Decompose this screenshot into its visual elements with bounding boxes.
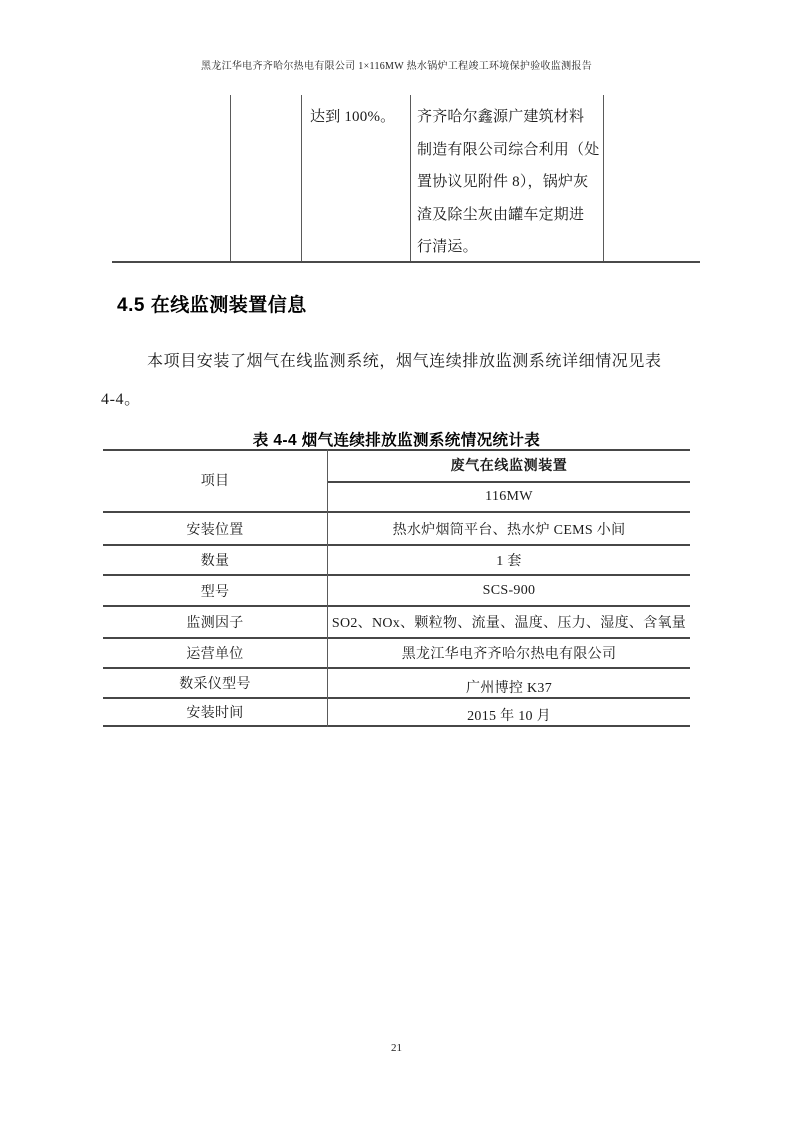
header-cell-item: 项目 (103, 449, 327, 511)
carryover-cell-line: 制造有限公司综合利用（处 (417, 134, 599, 167)
row-value: 2015 年 10 月 (328, 699, 690, 726)
table-border-line (301, 95, 302, 261)
carryover-cell-disposal: 齐齐哈尔鑫源广建筑材料 制造有限公司综合利用（处 置协议见附件 8），锅炉灰 渣… (417, 101, 599, 264)
row-value: SO2、NOx、颗粒物、流量、温度、压力、湿度、含氧量 (328, 607, 690, 637)
row-label: 数量 (103, 546, 327, 574)
paragraph-line: 4-4。 (101, 381, 761, 419)
table-caption: 表 4-4 烟气连续排放监测系统情况统计表 (103, 428, 690, 450)
carryover-cell-line: 渣及除尘灰由罐车定期进 (417, 199, 599, 232)
row-label: 型号 (103, 576, 327, 605)
header-cell-group: 废气在线监测装置 (328, 449, 690, 481)
row-label: 监测因子 (103, 607, 327, 637)
header-cell-unit: 116MW (328, 483, 690, 511)
row-value: 黑龙江华电齐齐哈尔热电有限公司 (328, 639, 690, 667)
row-value: 热水炉烟筒平台、热水炉 CEMS 小间 (328, 513, 690, 544)
row-value: 广州博控 K37 (328, 669, 690, 698)
carryover-cell-achievement: 达到 100%。 (310, 101, 395, 134)
document-page: 黑龙江华电齐齐哈尔热电有限公司 1×116MW 热水锅炉工程竣工环境保护验收监测… (0, 0, 793, 1122)
running-header: 黑龙江华电齐齐哈尔热电有限公司 1×116MW 热水锅炉工程竣工环境保护验收监测… (0, 57, 793, 72)
table-border-line (603, 95, 604, 261)
row-label: 运营单位 (103, 639, 327, 667)
carryover-table: 达到 100%。 齐齐哈尔鑫源广建筑材料 制造有限公司综合利用（处 置协议见附件… (112, 95, 700, 263)
row-label: 数采仪型号 (103, 669, 327, 697)
page-number: 21 (0, 1042, 793, 1054)
row-label: 安装位置 (103, 513, 327, 544)
carryover-cell-line: 行清运。 (417, 231, 599, 264)
section-heading: 4.5 在线监测装置信息 (117, 290, 307, 317)
table-border-line (410, 95, 411, 261)
table-border-line (230, 95, 231, 261)
paragraph-line: 本项目安装了烟气在线监测系统，烟气连续排放监测系统详细情况见表 (101, 343, 761, 381)
row-label: 安装时间 (103, 699, 327, 725)
row-value: SCS-900 (328, 576, 690, 605)
carryover-cell-line: 齐齐哈尔鑫源广建筑材料 (417, 101, 599, 134)
carryover-cell-line: 置协议见附件 8），锅炉灰 (417, 166, 599, 199)
body-paragraph: 本项目安装了烟气在线监测系统，烟气连续排放监测系统详细情况见表 4-4。 (101, 343, 761, 419)
row-value: 1 套 (328, 546, 690, 574)
cems-info-table: 项目 废气在线监测装置 116MW 安装位置 热水炉烟筒平台、热水炉 CEMS … (103, 449, 690, 727)
